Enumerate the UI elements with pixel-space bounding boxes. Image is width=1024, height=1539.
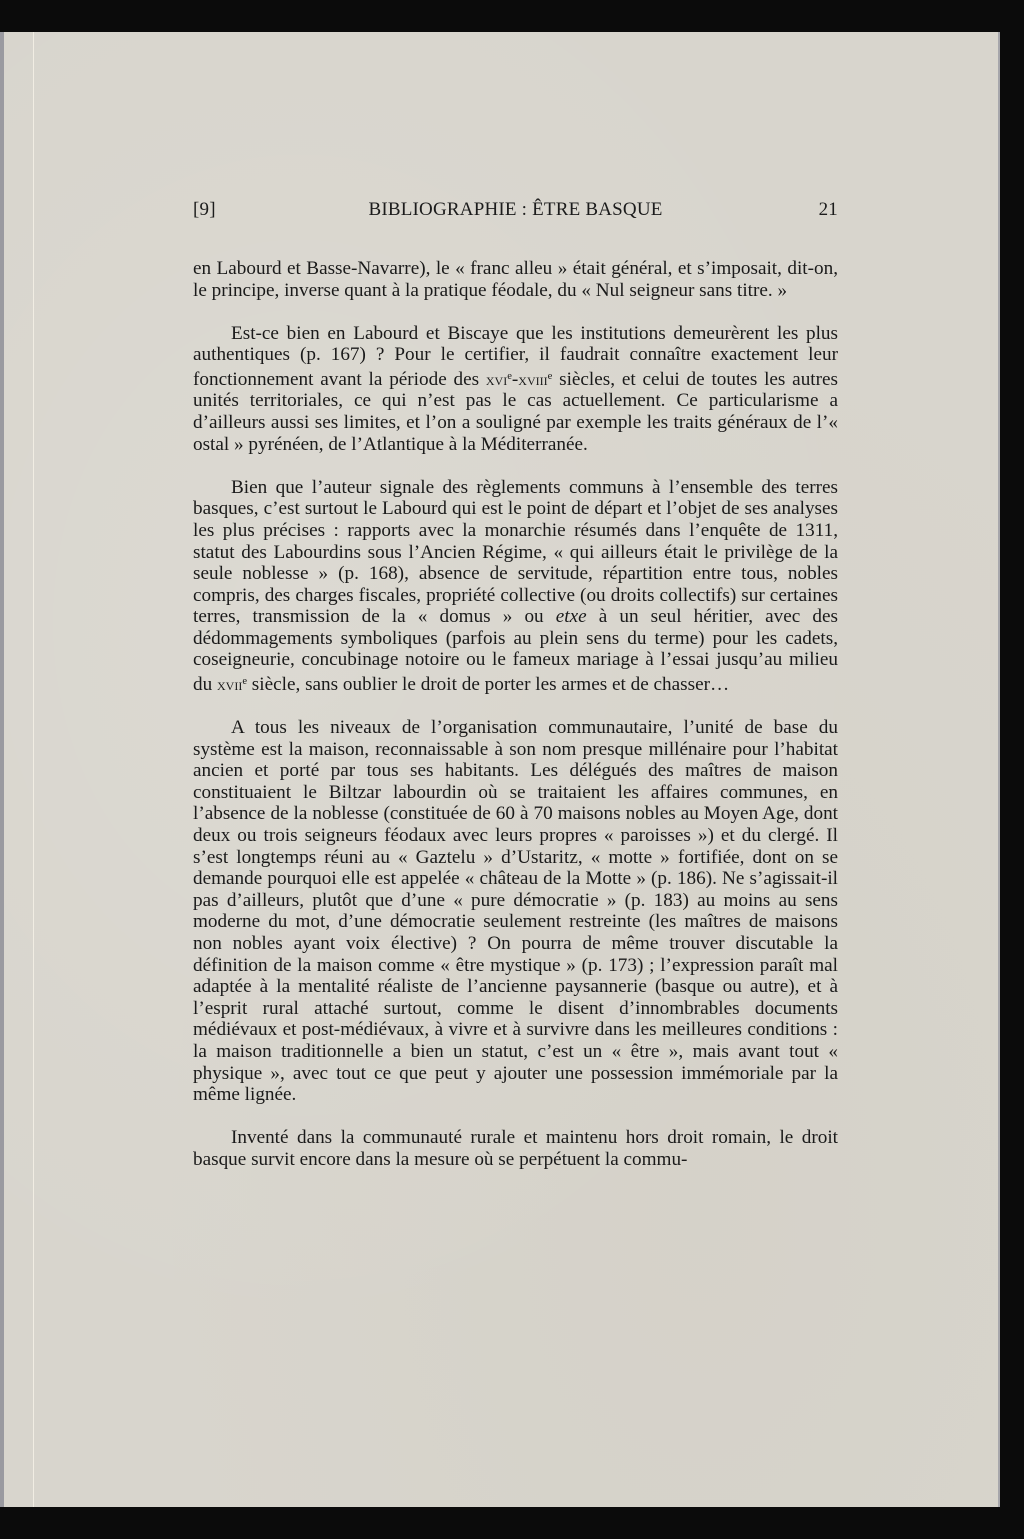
running-title: BIBLIOGRAPHIE : ÊTRE BASQUE: [193, 199, 838, 221]
paragraph: Bien que l’auteur signale des règlements…: [193, 477, 838, 696]
text-smallcaps: xvii: [217, 675, 242, 694]
text-italic: etxe: [556, 606, 587, 627]
paragraph: A tous les niveaux de l’organisation com…: [193, 717, 838, 1106]
text-run: en Labourd et Basse-Navarre), le « franc…: [193, 258, 838, 301]
text-run: Inventé dans la communauté rurale et mai…: [193, 1127, 838, 1170]
page-gutter: [33, 32, 34, 1507]
text-smallcaps: xviii: [518, 370, 547, 389]
text-run: Bien que l’auteur signale des règlements…: [193, 477, 838, 628]
running-header: [9] BIBLIOGRAPHIE : ÊTRE BASQUE 21: [193, 199, 838, 225]
body-text: en Labourd et Basse-Navarre), le « franc…: [193, 258, 838, 1171]
paragraph: Est-ce bien en Labourd et Biscaye que le…: [193, 323, 838, 455]
paragraph: Inventé dans la communauté rurale et mai…: [193, 1127, 838, 1170]
page-number: 21: [819, 199, 838, 221]
paragraph: en Labourd et Basse-Navarre), le « franc…: [193, 258, 838, 301]
text-run: siècle, sans oublier le droit de porter …: [247, 674, 729, 695]
text-run: A tous les niveaux de l’organisation com…: [193, 717, 838, 1105]
text-smallcaps: xvi: [486, 370, 507, 389]
